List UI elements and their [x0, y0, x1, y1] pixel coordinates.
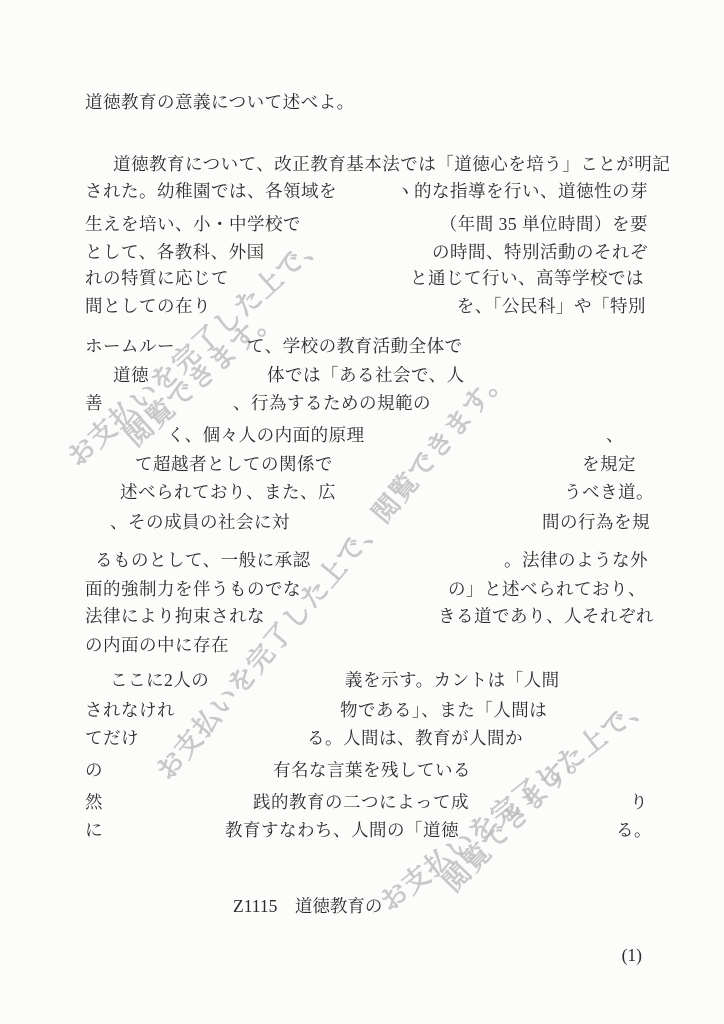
document-page: { "page": { "footer": "Z1115 道徳教育の", "pa… [0, 0, 724, 1024]
text-fragment: された。幼稚園では、各領域を [85, 178, 337, 203]
text-fragment: 述べられており、また、広 [120, 479, 336, 504]
text-fragment: 、行為するための規範の [233, 390, 431, 415]
text-fragment: きる道であり、人それぞれ [438, 603, 654, 628]
text-line: 面的強制力を伴うものでな の」と述べられており、 [0, 576, 724, 602]
text-line: に 教育すなわち、人間の「道徳 る。 [0, 817, 724, 843]
text-fragment: て超越者としての関係で [135, 451, 333, 476]
text-fragment: 面的強制力を伴うものでな [85, 576, 301, 601]
text-line: く、個々人の内面的原理 、 [0, 422, 724, 448]
text-line: て超越者としての関係で を規定 [0, 451, 724, 477]
text-fragment: 、 [606, 422, 624, 447]
text-line: てだけ る。人間は、教育が人間か [0, 725, 724, 751]
footer-course-code: Z1115 道徳教育の [233, 893, 382, 918]
text-fragment: 。法律のような外 [504, 547, 648, 572]
text-fragment: 践的教育の二つによって成 [253, 789, 469, 814]
text-fragment: 善 [85, 390, 103, 415]
text-fragment: を、「公民科」や「特別 [457, 293, 646, 318]
text-line: の 有名な言葉を残している [0, 757, 724, 783]
text-fragment: ホームルー [85, 333, 175, 358]
text-fragment: り [630, 789, 648, 814]
question-title: 道徳教育の意義について述べよ。 [85, 89, 355, 114]
text-fragment: と通じて行い、高等学校では [410, 265, 644, 290]
text-fragment: 生えを培い、小・中学校で [85, 211, 301, 236]
text-fragment: 体では「ある社会で、人 [267, 362, 465, 387]
text-fragment: 道徳教育について、改正教育基本法では「道徳心を培う」ことが明記 [113, 151, 670, 176]
text-fragment: 道徳 [113, 362, 149, 387]
text-fragment: 間としての在り [85, 293, 211, 318]
text-fragment: ヽ的な指導を行い、道徳性の芽 [396, 178, 648, 203]
text-line: 述べられており、また、広 うべき道。 [0, 479, 724, 505]
text-line: ここに2人の 義を示す。カントは「人間 [0, 667, 724, 693]
text-fragment: の [85, 757, 103, 782]
text-fragment: の」と述べられており、 [448, 576, 646, 601]
text-fragment: く、個々人の内面的原理 [167, 422, 365, 447]
text-fragment: に [85, 817, 103, 842]
text-fragment: うべき道。 [564, 479, 654, 504]
text-line: されなけれ 物である」、また「人間は [0, 697, 724, 723]
text-fragment: 有名な言葉を残している [273, 757, 471, 782]
text-line: ホームルー て、学校の教育活動全体で [0, 333, 724, 359]
text-line: れの特質に応じて と通じて行い、高等学校では [0, 265, 724, 291]
text-fragment: の時間、特別活動のそれぞ [432, 239, 648, 264]
text-line: 道徳教育について、改正教育基本法では「道徳心を培う」ことが明記 [0, 151, 724, 177]
text-fragment: て、学校の教育活動全体で [247, 333, 463, 358]
text-line: の内面の中に存在 [0, 632, 724, 658]
text-line: 生えを培い、小・中学校で （年間 35 単位時間）を要 [0, 211, 724, 237]
text-line: された。幼稚園では、各領域を ヽ的な指導を行い、道徳性の芽 [0, 178, 724, 204]
text-fragment: を規定 [582, 451, 636, 476]
text-fragment: として、各教科、外国 [85, 239, 265, 264]
text-fragment: ここに2人の [110, 667, 209, 692]
text-fragment: 法律により拘束されな [85, 603, 265, 628]
text-fragment: れの特質に応じて [85, 265, 229, 290]
text-fragment: る。人間は、教育が人間か [307, 725, 523, 750]
text-fragment: 間の行為を規 [542, 509, 650, 534]
text-fragment: 然 [85, 789, 103, 814]
text-line: るものとして、一般に承認 。法律のような外 [0, 547, 724, 573]
text-line: として、各教科、外国 の時間、特別活動のそれぞ [0, 239, 724, 265]
document-page-surface: お支払いを完了した上で、 閲覧できます。 お支払いを完了した上で、閲覧できます。… [0, 0, 724, 1024]
text-line: 法律により拘束されな きる道であり、人それぞれ [0, 603, 724, 629]
text-fragment: る。 [616, 817, 652, 842]
text-line: 道徳 体では「ある社会で、人 [0, 362, 724, 388]
text-fragment: （年間 35 単位時間）を要 [440, 211, 648, 236]
text-line: 然 践的教育の二つによって成 り [0, 789, 724, 815]
text-fragment: 教育すなわち、人間の「道徳 [225, 817, 459, 842]
text-fragment: の内面の中に存在 [85, 632, 229, 657]
text-line: 、その成員の社会に対 間の行為を規 [0, 509, 724, 535]
text-fragment: 、その成員の社会に対 [110, 509, 290, 534]
text-line: 善 、行為するための規範の [0, 390, 724, 416]
text-line: 道徳教育の意義について述べよ。 [0, 89, 724, 115]
text-fragment: されなけれ [85, 697, 175, 722]
text-fragment: 物である」、また「人間は [340, 697, 547, 722]
text-fragment: 義を示す。カントは「人間 [345, 667, 560, 692]
text-line: 間としての在り を、「公民科」や「特別 [0, 293, 724, 319]
text-fragment: てだけ [85, 725, 139, 750]
page-number: (1) [622, 945, 642, 966]
text-fragment: るものとして、一般に承認 [95, 547, 311, 572]
